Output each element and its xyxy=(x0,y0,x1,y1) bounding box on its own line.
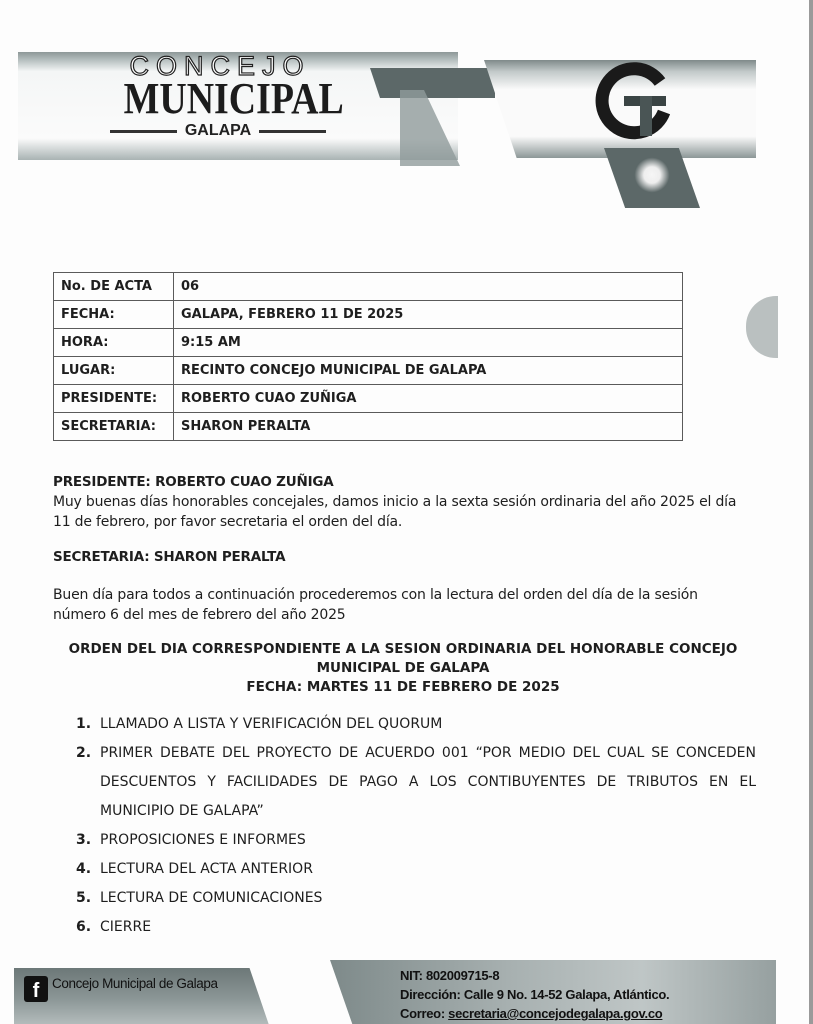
item-number: 1. xyxy=(76,710,100,739)
row-label: FECHA: xyxy=(54,301,174,329)
table-row: No. DE ACTA06 xyxy=(54,273,683,301)
president-intervention: PRESIDENTE: ROBERTO CUAO ZUÑIGA Muy buen… xyxy=(53,472,753,532)
header-dark-stripe xyxy=(370,68,495,98)
facebook-icon[interactable]: f xyxy=(24,976,48,1002)
agenda-date: FECHA: MARTES 11 DE FEBRERO DE 2025 xyxy=(53,678,753,697)
row-label: LUGAR: xyxy=(54,357,174,385)
brand-municipal: MUNICIPAL xyxy=(124,76,317,122)
list-item: 6.CIERRE xyxy=(76,913,756,942)
row-label: No. DE ACTA xyxy=(54,273,174,301)
item-text: LLAMADO A LISTA Y VERIFICACIÓN DEL QUORU… xyxy=(100,710,756,739)
row-label: SECRETARIA: xyxy=(54,413,174,441)
footer-nit: NIT: 802009715-8 xyxy=(400,966,669,985)
agenda-list: 1.LLAMADO A LISTA Y VERIFICACIÓN DEL QUO… xyxy=(76,710,756,942)
list-item: 3.PROPOSICIONES E INFORMES xyxy=(76,826,756,855)
footer-email-line: Correo: secretaria@concejodegalapa.gov.c… xyxy=(400,1004,669,1023)
g-logo-icon xyxy=(590,60,674,140)
facebook-link[interactable]: Concejo Municipal de Galapa xyxy=(52,976,218,991)
item-text: LECTURA DEL ACTA ANTERIOR xyxy=(100,855,756,884)
divider xyxy=(259,130,326,133)
speaker-president: PRESIDENTE: ROBERTO CUAO ZUÑIGA xyxy=(53,472,753,492)
scan-edge-mark xyxy=(746,296,778,358)
item-number: 3. xyxy=(76,826,100,855)
item-text: PRIMER DEBATE DEL PROYECTO DE ACUERDO 00… xyxy=(100,739,756,826)
row-value: GALAPA, FEBRERO 11 DE 2025 xyxy=(174,301,683,329)
page-edge xyxy=(809,0,813,1024)
agenda-heading: ORDEN DEL DIA CORRESPONDIENTE A LA SESIO… xyxy=(53,640,753,697)
row-value: RECINTO CONCEJO MUNICIPAL DE GALAPA xyxy=(174,357,683,385)
email-label: Correo: xyxy=(400,1006,448,1021)
agenda-title-line-1: ORDEN DEL DIA CORRESPONDIENTE A LA SESIO… xyxy=(53,640,753,659)
table-row: HORA:9:15 AM xyxy=(54,329,683,357)
list-item: 1.LLAMADO A LISTA Y VERIFICACIÓN DEL QUO… xyxy=(76,710,756,739)
brand-galapa: GALAPA xyxy=(110,122,326,140)
speaker-secretary: SECRETARIA: SHARON PERALTA xyxy=(53,547,753,567)
table-row: SECRETARIA:SHARON PERALTA xyxy=(54,413,683,441)
list-item: 4.LECTURA DEL ACTA ANTERIOR xyxy=(76,855,756,884)
email-link[interactable]: secretaria@concejodegalapa.gov.co xyxy=(448,1006,662,1021)
list-item: 2.PRIMER DEBATE DEL PROYECTO DE ACUERDO … xyxy=(76,739,756,826)
table-row: LUGAR:RECINTO CONCEJO MUNICIPAL DE GALAP… xyxy=(54,357,683,385)
item-text: LECTURA DE COMUNICACIONES xyxy=(100,884,756,913)
row-value: 9:15 AM xyxy=(174,329,683,357)
footer-address: Dirección: Calle 9 No. 14-52 Galapa, Atl… xyxy=(400,985,669,1004)
item-number: 4. xyxy=(76,855,100,884)
table-row: FECHA:GALAPA, FEBRERO 11 DE 2025 xyxy=(54,301,683,329)
divider xyxy=(110,130,177,133)
row-value: SHARON PERALTA xyxy=(174,413,683,441)
secretary-intervention: SECRETARIA: SHARON PERALTA xyxy=(53,547,753,567)
brand-galapa-text: GALAPA xyxy=(185,122,251,140)
item-number: 6. xyxy=(76,913,100,942)
row-value: ROBERTO CUAO ZUÑIGA xyxy=(174,385,683,413)
row-label: HORA: xyxy=(54,329,174,357)
item-text: PROPOSICIONES E INFORMES xyxy=(100,826,756,855)
item-text: CIERRE xyxy=(100,913,756,942)
acta-info-table: No. DE ACTA06 FECHA:GALAPA, FEBRERO 11 D… xyxy=(53,272,683,441)
item-number: 5. xyxy=(76,884,100,913)
footer-contact: NIT: 802009715-8 Dirección: Calle 9 No. … xyxy=(400,966,669,1023)
president-text: Muy buenas días honorables concejales, d… xyxy=(53,492,753,532)
item-number: 2. xyxy=(76,739,100,826)
table-row: PRESIDENTE:ROBERTO CUAO ZUÑIGA xyxy=(54,385,683,413)
row-value: 06 xyxy=(174,273,683,301)
agenda-title-line-2: MUNICIPAL DE GALAPA xyxy=(53,659,753,678)
secretary-text: Buen día para todos a continuación proce… xyxy=(53,585,753,625)
list-item: 5.LECTURA DE COMUNICACIONES xyxy=(76,884,756,913)
row-label: PRESIDENTE: xyxy=(54,385,174,413)
